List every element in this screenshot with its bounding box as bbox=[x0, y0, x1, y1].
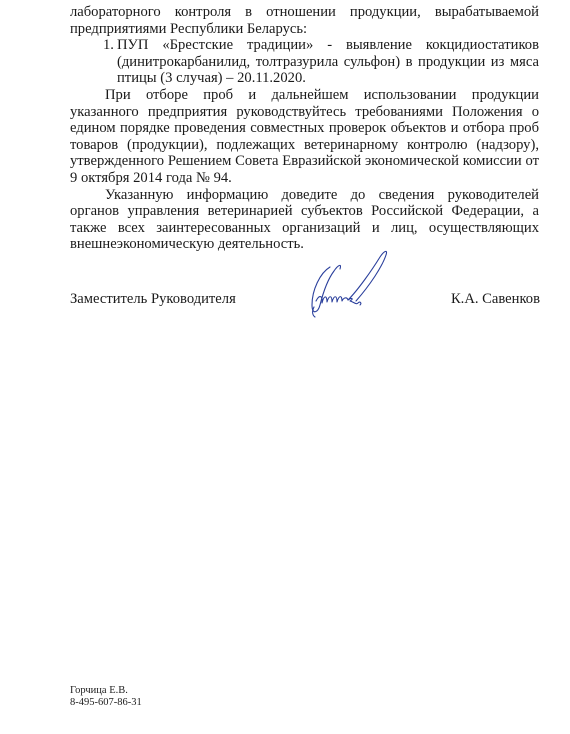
handwritten-signature-icon bbox=[290, 245, 400, 325]
executor-name: Горчица Е.В. bbox=[70, 685, 142, 697]
executor-phone: 8-495-607-86-31 bbox=[70, 697, 142, 709]
list-item: 1. ПУП «Брестские традиции» - выявление … bbox=[70, 37, 539, 87]
list-item-text: ПУП «Брестские традиции» - выявление кок… bbox=[117, 37, 539, 86]
violations-list: 1. ПУП «Брестские традиции» - выявление … bbox=[70, 37, 539, 87]
notification-paragraph: Указанную информацию доведите до сведени… bbox=[70, 187, 539, 253]
intro-paragraph: лабораторного контроля в отношении проду… bbox=[70, 4, 539, 37]
signatory-title: Заместитель Руководителя bbox=[70, 291, 236, 308]
executor-footer: Горчица Е.В. 8-495-607-86-31 bbox=[70, 685, 142, 709]
signatory-name: К.А. Савенков bbox=[451, 291, 540, 308]
list-item-number: 1. bbox=[103, 37, 114, 54]
document-body: лабораторного контроля в отношении проду… bbox=[70, 4, 539, 253]
document-page: лабораторного контроля в отношении проду… bbox=[0, 0, 570, 734]
requirements-paragraph: При отборе проб и дальнейшем использован… bbox=[70, 87, 539, 187]
